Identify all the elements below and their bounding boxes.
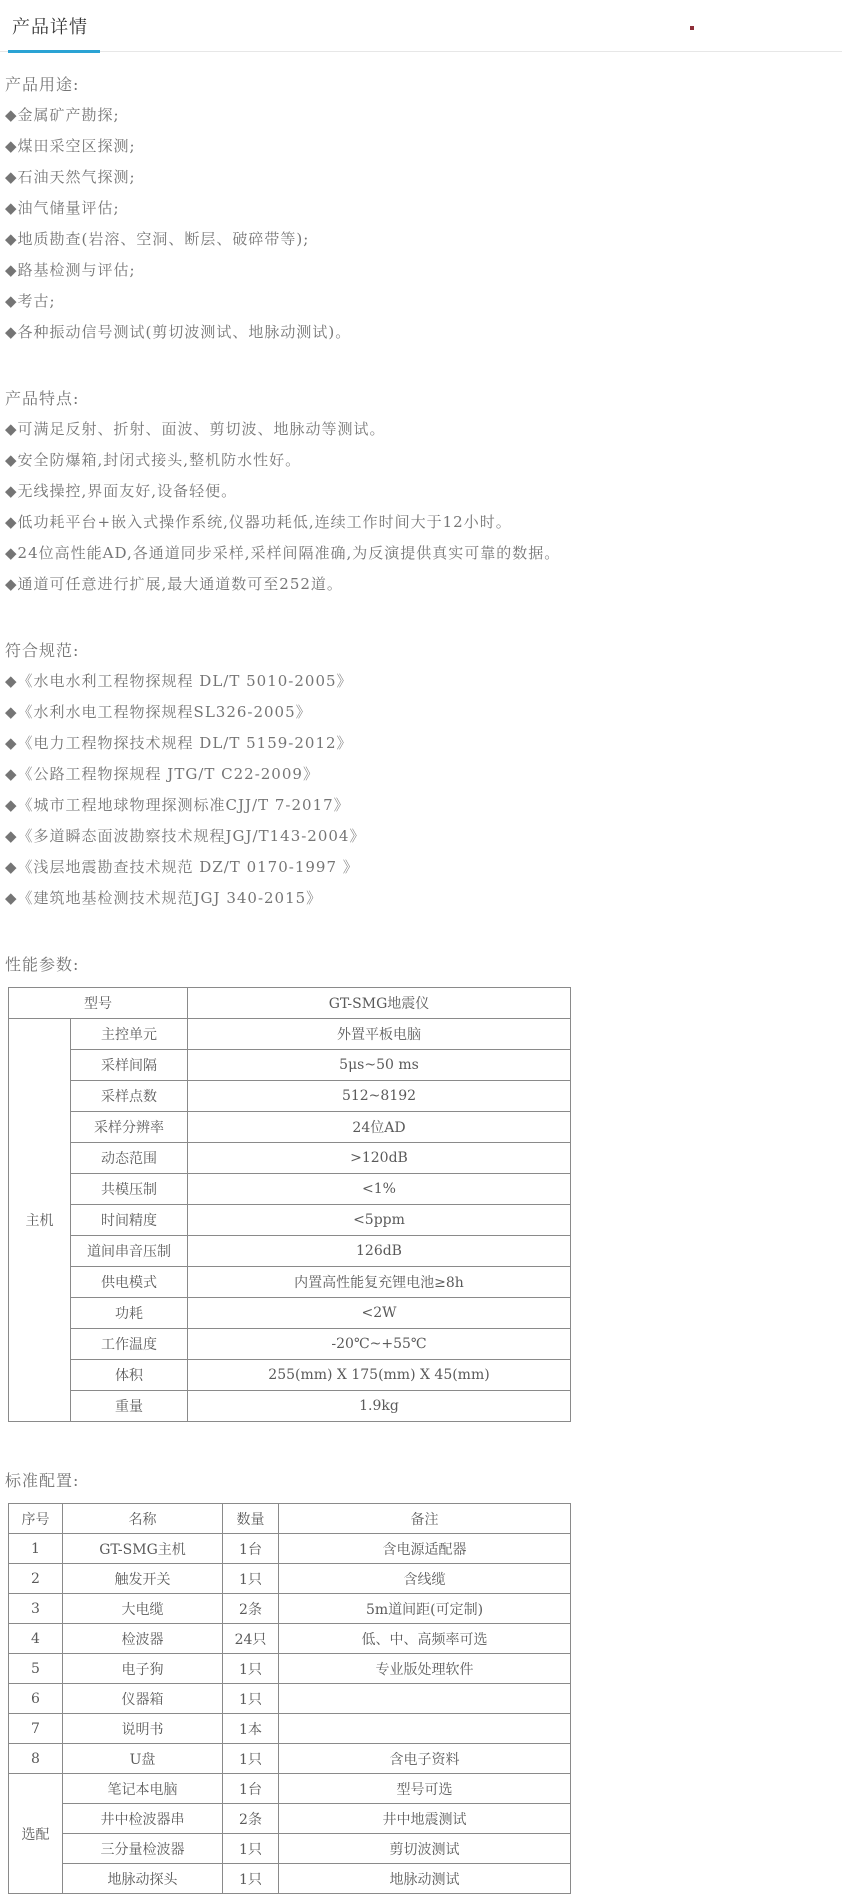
- table-row: 3大电缆2条5m道间距(可定制): [9, 1594, 571, 1624]
- section-standards: 符合规范: ◆《水电水利工程物探规程 DL/T 5010-2005》 ◆《水利水…: [5, 642, 822, 906]
- cell-qty: 1只: [223, 1654, 279, 1684]
- cell-index: 7: [9, 1714, 63, 1744]
- section-uses: 产品用途: ◆金属矿产勘探; ◆煤田采空区探测; ◆石油天然气探测; ◆油气储量…: [5, 76, 822, 340]
- cell-value: 外置平板电脑: [188, 1019, 571, 1050]
- cell-value: 512~8192: [188, 1081, 571, 1112]
- cell-name: 地脉动探头: [63, 1864, 223, 1894]
- cell-remark: 低、中、高频率可选: [279, 1624, 571, 1654]
- cell-value: -20℃~+55℃: [188, 1329, 571, 1360]
- cell-remark: 含电子资料: [279, 1744, 571, 1774]
- section-performance: 性能参数: 型号 GT-SMG地震仪 主机 主控单元 外置平板电脑 采样间隔5μ…: [5, 956, 822, 1422]
- table-row: 共模压制<1%: [9, 1174, 571, 1205]
- table-row: 采样间隔5μs~50 ms: [9, 1050, 571, 1081]
- cell-index: 4: [9, 1624, 63, 1654]
- cell-remark: 型号可选: [279, 1774, 571, 1804]
- list-item: ◆低功耗平台+嵌入式操作系统,仪器功耗低,连续工作时间大于12小时。: [5, 514, 822, 530]
- cell-index: 5: [9, 1654, 63, 1684]
- table-row: 功耗<2W: [9, 1298, 571, 1329]
- cell-label: 道间串音压制: [71, 1236, 188, 1267]
- list-item: ◆煤田采空区探测;: [5, 138, 822, 154]
- list-item: ◆《建筑地基检测技术规范JGJ 340-2015》: [5, 890, 822, 906]
- list-item: ◆《电力工程物探技术规程 DL/T 5159-2012》: [5, 735, 822, 751]
- tab-product-details[interactable]: 产品详情: [8, 0, 92, 52]
- cell-index: 3: [9, 1594, 63, 1624]
- cell-name: 仪器箱: [63, 1684, 223, 1714]
- table-row: 工作温度-20℃~+55℃: [9, 1329, 571, 1360]
- table-row: 体积255(mm) X 175(mm) X 45(mm): [9, 1360, 571, 1391]
- list-item: ◆《水利水电工程物探规程SL326-2005》: [5, 704, 822, 720]
- standards-heading: 符合规范:: [5, 642, 822, 659]
- cell-label: 动态范围: [71, 1143, 188, 1174]
- list-item: ◆油气储量评估;: [5, 200, 822, 216]
- cell-qty: 1只: [223, 1684, 279, 1714]
- cell-label: 时间精度: [71, 1205, 188, 1236]
- cell-value: 255(mm) X 175(mm) X 45(mm): [188, 1360, 571, 1391]
- list-item: ◆无线操控,界面友好,设备轻便。: [5, 483, 822, 499]
- table-row: 主机 主控单元 外置平板电脑: [9, 1019, 571, 1050]
- cell-remark: 井中地震测试: [279, 1804, 571, 1834]
- cell-name: 触发开关: [63, 1564, 223, 1594]
- cell-index: 6: [9, 1684, 63, 1714]
- table-header-row: 序号 名称 数量 备注: [9, 1504, 571, 1534]
- table-row: 2触发开关1只含线缆: [9, 1564, 571, 1594]
- table-row: 时间精度<5ppm: [9, 1205, 571, 1236]
- cell-remark: 含电源适配器: [279, 1534, 571, 1564]
- cell-qty: 24只: [223, 1624, 279, 1654]
- cell-name: 说明书: [63, 1714, 223, 1744]
- cell-remark: [279, 1714, 571, 1744]
- cell-label: 重量: [71, 1391, 188, 1422]
- cell-label: 共模压制: [71, 1174, 188, 1205]
- table-row: 7说明书1本: [9, 1714, 571, 1744]
- list-item: ◆各种振动信号测试(剪切波测试、地脉动测试)。: [5, 324, 822, 340]
- cell-index: 1: [9, 1534, 63, 1564]
- list-item: ◆《多道瞬态面波勘察技术规程JGJ/T143-2004》: [5, 828, 822, 844]
- uses-heading: 产品用途:: [5, 76, 822, 93]
- table-row: 采样分辨率24位AD: [9, 1112, 571, 1143]
- table-row: 重量1.9kg: [9, 1391, 571, 1422]
- list-item: ◆《水电水利工程物探规程 DL/T 5010-2005》: [5, 673, 822, 689]
- cell-qty: 2条: [223, 1804, 279, 1834]
- list-item: ◆可满足反射、折射、面波、剪切波、地脉动等测试。: [5, 421, 822, 437]
- table-row: 选配 笔记本电脑1台型号可选: [9, 1774, 571, 1804]
- cell-value: <5ppm: [188, 1205, 571, 1236]
- column-header: 序号: [9, 1504, 63, 1534]
- table-row: 动态范围>120dB: [9, 1143, 571, 1174]
- product-details-content: 产品用途: ◆金属矿产勘探; ◆煤田采空区探测; ◆石油天然气探测; ◆油气储量…: [0, 52, 842, 1894]
- cell-remark: 地脉动测试: [279, 1864, 571, 1894]
- cell-value: 126dB: [188, 1236, 571, 1267]
- cell-qty: 1只: [223, 1864, 279, 1894]
- cell-qty: 1只: [223, 1744, 279, 1774]
- list-item: ◆路基检测与评估;: [5, 262, 822, 278]
- list-item: ◆《城市工程地球物理探测标准CJJ/T 7-2017》: [5, 797, 822, 813]
- column-header: 备注: [279, 1504, 571, 1534]
- list-item: ◆通道可任意进行扩展,最大通道数可至252道。: [5, 576, 822, 592]
- cell-label: 工作温度: [71, 1329, 188, 1360]
- page-header: 产品详情: [0, 0, 842, 52]
- list-item: ◆安全防爆箱,封闭式接头,整机防水性好。: [5, 452, 822, 468]
- table-row: 1GT-SMG主机1台含电源适配器: [9, 1534, 571, 1564]
- table-row: 型号 GT-SMG地震仪: [9, 988, 571, 1019]
- cell-qty: 1只: [223, 1564, 279, 1594]
- list-item: ◆《浅层地震勘查技术规范 DZ/T 0170-1997 》: [5, 859, 822, 875]
- table-row: 地脉动探头1只地脉动测试: [9, 1864, 571, 1894]
- list-item: ◆考古;: [5, 293, 822, 309]
- page-title: 产品详情: [12, 13, 88, 39]
- performance-heading: 性能参数:: [5, 956, 822, 973]
- cell-remark: 含线缆: [279, 1564, 571, 1594]
- cell-label: 功耗: [71, 1298, 188, 1329]
- cell-label: 主控单元: [71, 1019, 188, 1050]
- list-item: ◆石油天然气探测;: [5, 169, 822, 185]
- table-row: 三分量检波器1只剪切波测试: [9, 1834, 571, 1864]
- cell-label: 采样点数: [71, 1081, 188, 1112]
- table-row: 供电模式内置高性能复充锂电池≥8h: [9, 1267, 571, 1298]
- cell-value: 1.9kg: [188, 1391, 571, 1422]
- column-header: 数量: [223, 1504, 279, 1534]
- cell-name: 笔记本电脑: [63, 1774, 223, 1804]
- cell-value: <2W: [188, 1298, 571, 1329]
- cell-name: 三分量检波器: [63, 1834, 223, 1864]
- features-heading: 产品特点:: [5, 390, 822, 407]
- cell-name: 大电缆: [63, 1594, 223, 1624]
- cell-label: 体积: [71, 1360, 188, 1391]
- table-row: 6仪器箱1只: [9, 1684, 571, 1714]
- table-row: 8U盘1只含电子资料: [9, 1744, 571, 1774]
- cell-value: 24位AD: [188, 1112, 571, 1143]
- cell-qty: 1台: [223, 1534, 279, 1564]
- cell-label: 采样分辨率: [71, 1112, 188, 1143]
- table-row: 4检波器24只低、中、高频率可选: [9, 1624, 571, 1654]
- cell-remark: 剪切波测试: [279, 1834, 571, 1864]
- cell-remark: [279, 1684, 571, 1714]
- cell-group-label: 主机: [9, 1019, 71, 1422]
- cell-value: 内置高性能复充锂电池≥8h: [188, 1267, 571, 1298]
- cell-value: <1%: [188, 1174, 571, 1205]
- cell-name: 井中检波器串: [63, 1804, 223, 1834]
- config-heading: 标准配置:: [5, 1472, 822, 1489]
- cell-remark: 5m道间距(可定制): [279, 1594, 571, 1624]
- table-row: 5电子狗1只专业版处理软件: [9, 1654, 571, 1684]
- cell-qty: 2条: [223, 1594, 279, 1624]
- list-item: ◆《公路工程物探规程 JTG/T C22-2009》: [5, 766, 822, 782]
- column-header: 名称: [63, 1504, 223, 1534]
- red-dot-marker: [690, 26, 694, 30]
- section-features: 产品特点: ◆可满足反射、折射、面波、剪切波、地脉动等测试。 ◆安全防爆箱,封闭…: [5, 390, 822, 592]
- cell-model-value: GT-SMG地震仪: [188, 988, 571, 1019]
- cell-label: 采样间隔: [71, 1050, 188, 1081]
- cell-index: 2: [9, 1564, 63, 1594]
- cell-label: 供电模式: [71, 1267, 188, 1298]
- cell-value: >120dB: [188, 1143, 571, 1174]
- active-tab-underline: [8, 50, 100, 53]
- table-row: 采样点数512~8192: [9, 1081, 571, 1112]
- table-row: 井中检波器串2条井中地震测试: [9, 1804, 571, 1834]
- cell-name: 检波器: [63, 1624, 223, 1654]
- cell-qty: 1台: [223, 1774, 279, 1804]
- cell-index: 8: [9, 1744, 63, 1774]
- list-item: ◆24位高性能AD,各通道同步采样,采样间隔准确,为反演提供真实可靠的数据。: [5, 545, 822, 561]
- cell-optional-label: 选配: [9, 1774, 63, 1894]
- list-item: ◆金属矿产勘探;: [5, 107, 822, 123]
- cell-name: GT-SMG主机: [63, 1534, 223, 1564]
- performance-table: 型号 GT-SMG地震仪 主机 主控单元 外置平板电脑 采样间隔5μs~50 m…: [8, 987, 571, 1422]
- cell-qty: 1只: [223, 1834, 279, 1864]
- cell-name: 电子狗: [63, 1654, 223, 1684]
- section-config: 标准配置: 序号 名称 数量 备注 1GT-SMG主机1台含电源适配器 2触发开…: [5, 1472, 822, 1894]
- cell-model-label: 型号: [9, 988, 188, 1019]
- list-item: ◆地质勘查(岩溶、空洞、断层、破碎带等);: [5, 231, 822, 247]
- cell-remark: 专业版处理软件: [279, 1654, 571, 1684]
- cell-name: U盘: [63, 1744, 223, 1774]
- cell-qty: 1本: [223, 1714, 279, 1744]
- cell-value: 5μs~50 ms: [188, 1050, 571, 1081]
- table-row: 道间串音压制126dB: [9, 1236, 571, 1267]
- config-table: 序号 名称 数量 备注 1GT-SMG主机1台含电源适配器 2触发开关1只含线缆…: [8, 1503, 571, 1894]
